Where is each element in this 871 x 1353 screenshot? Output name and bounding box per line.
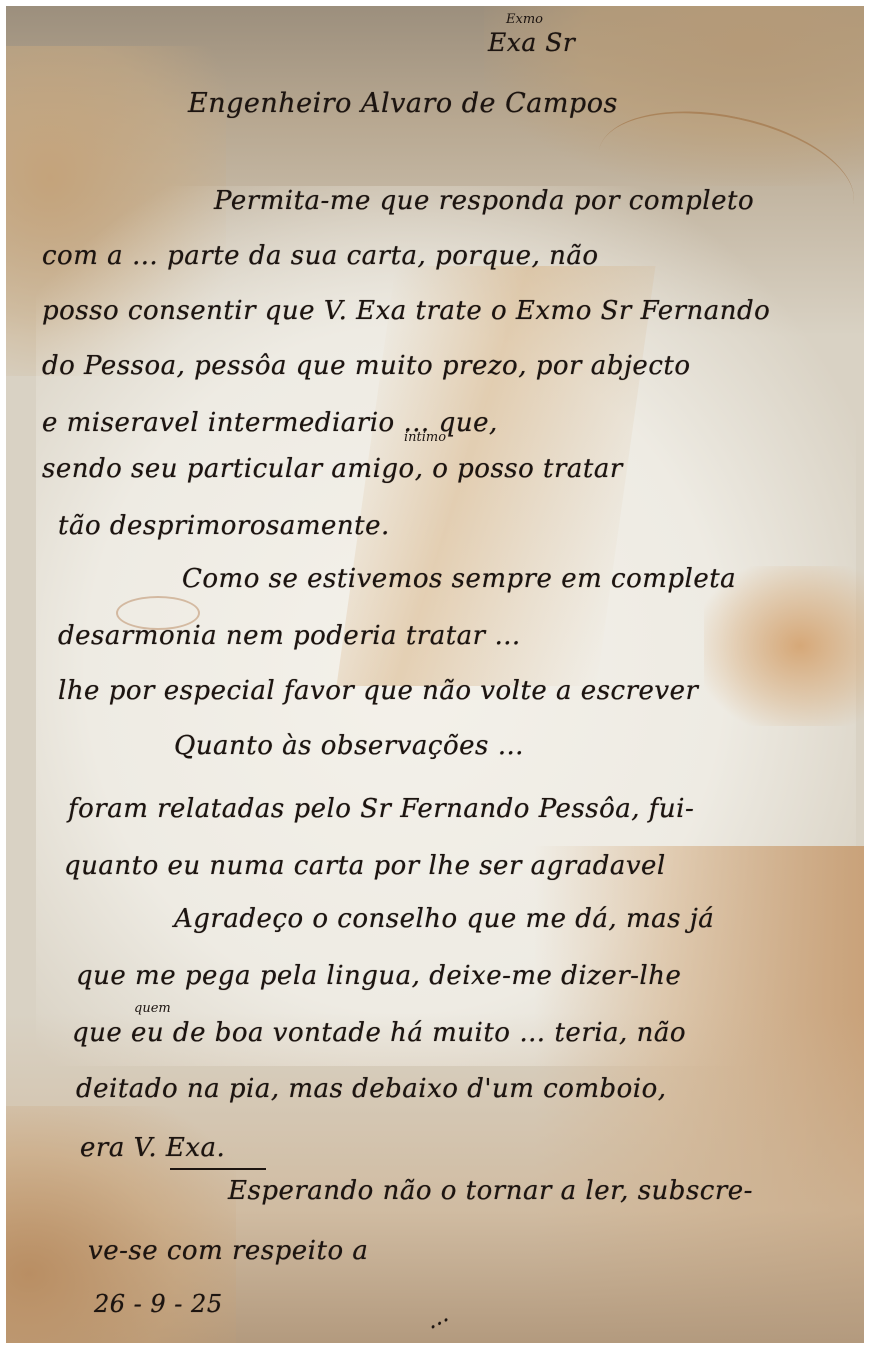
interlinear-insertion: quem [134,1001,171,1016]
body-line: Esperando não o tornar a ler, subscre- [228,1176,753,1206]
body-line: que eu de boa vontade há muito … teria, … [72,1018,686,1048]
body-line: tão desprimorosamente. [58,511,390,541]
signature: … [421,1302,453,1335]
body-line: lhe por especial favor que não volte a e… [58,676,698,706]
body-line: do Pessoa, pessôa que muito prezo, por a… [42,351,691,381]
body-line: que me pega pela lingua, deixe-me dizer-… [76,961,681,991]
body-line: quanto eu numa carta por lhe ser agradav… [64,851,666,881]
body-line: Permita-me que responda por completo [214,186,754,216]
salutation-superscript: Exmo [506,12,543,27]
letter-date: 26 - 9 - 25 [94,1290,223,1318]
body-line: foram relatadas pelo Sr Fernando Pessôa,… [68,794,694,824]
body-line: posso consentir que V. Exa trate o Exmo … [42,296,770,326]
body-line: Quanto às observações … [174,731,524,761]
body-line: ve-se com respeito a [88,1236,368,1266]
double-underline [170,1168,266,1170]
salutation-line-2: Engenheiro Alvaro de Campos [188,88,618,119]
body-line: deitado na pia, mas debaixo d'um comboio… [76,1074,667,1104]
body-line: era V. Exa. [80,1133,225,1163]
body-line: sendo seu particular amigo, o posso trat… [42,454,623,484]
body-line: desarmonia nem poderia tratar … [58,621,521,651]
letter-photograph: Exmo Exa Sr Engenheiro Alvaro de Campos … [6,6,864,1343]
body-line: Como se estivemos sempre em completa [182,564,736,594]
body-line: com a … parte da sua carta, porque, não [42,241,599,271]
handwritten-letter: Exmo Exa Sr Engenheiro Alvaro de Campos … [6,6,864,1343]
interlinear-insertion: intimo [404,430,446,445]
body-line: Agradeço o conselho que me dá, mas já [174,904,714,934]
salutation-line-1: Exa Sr [488,28,575,57]
